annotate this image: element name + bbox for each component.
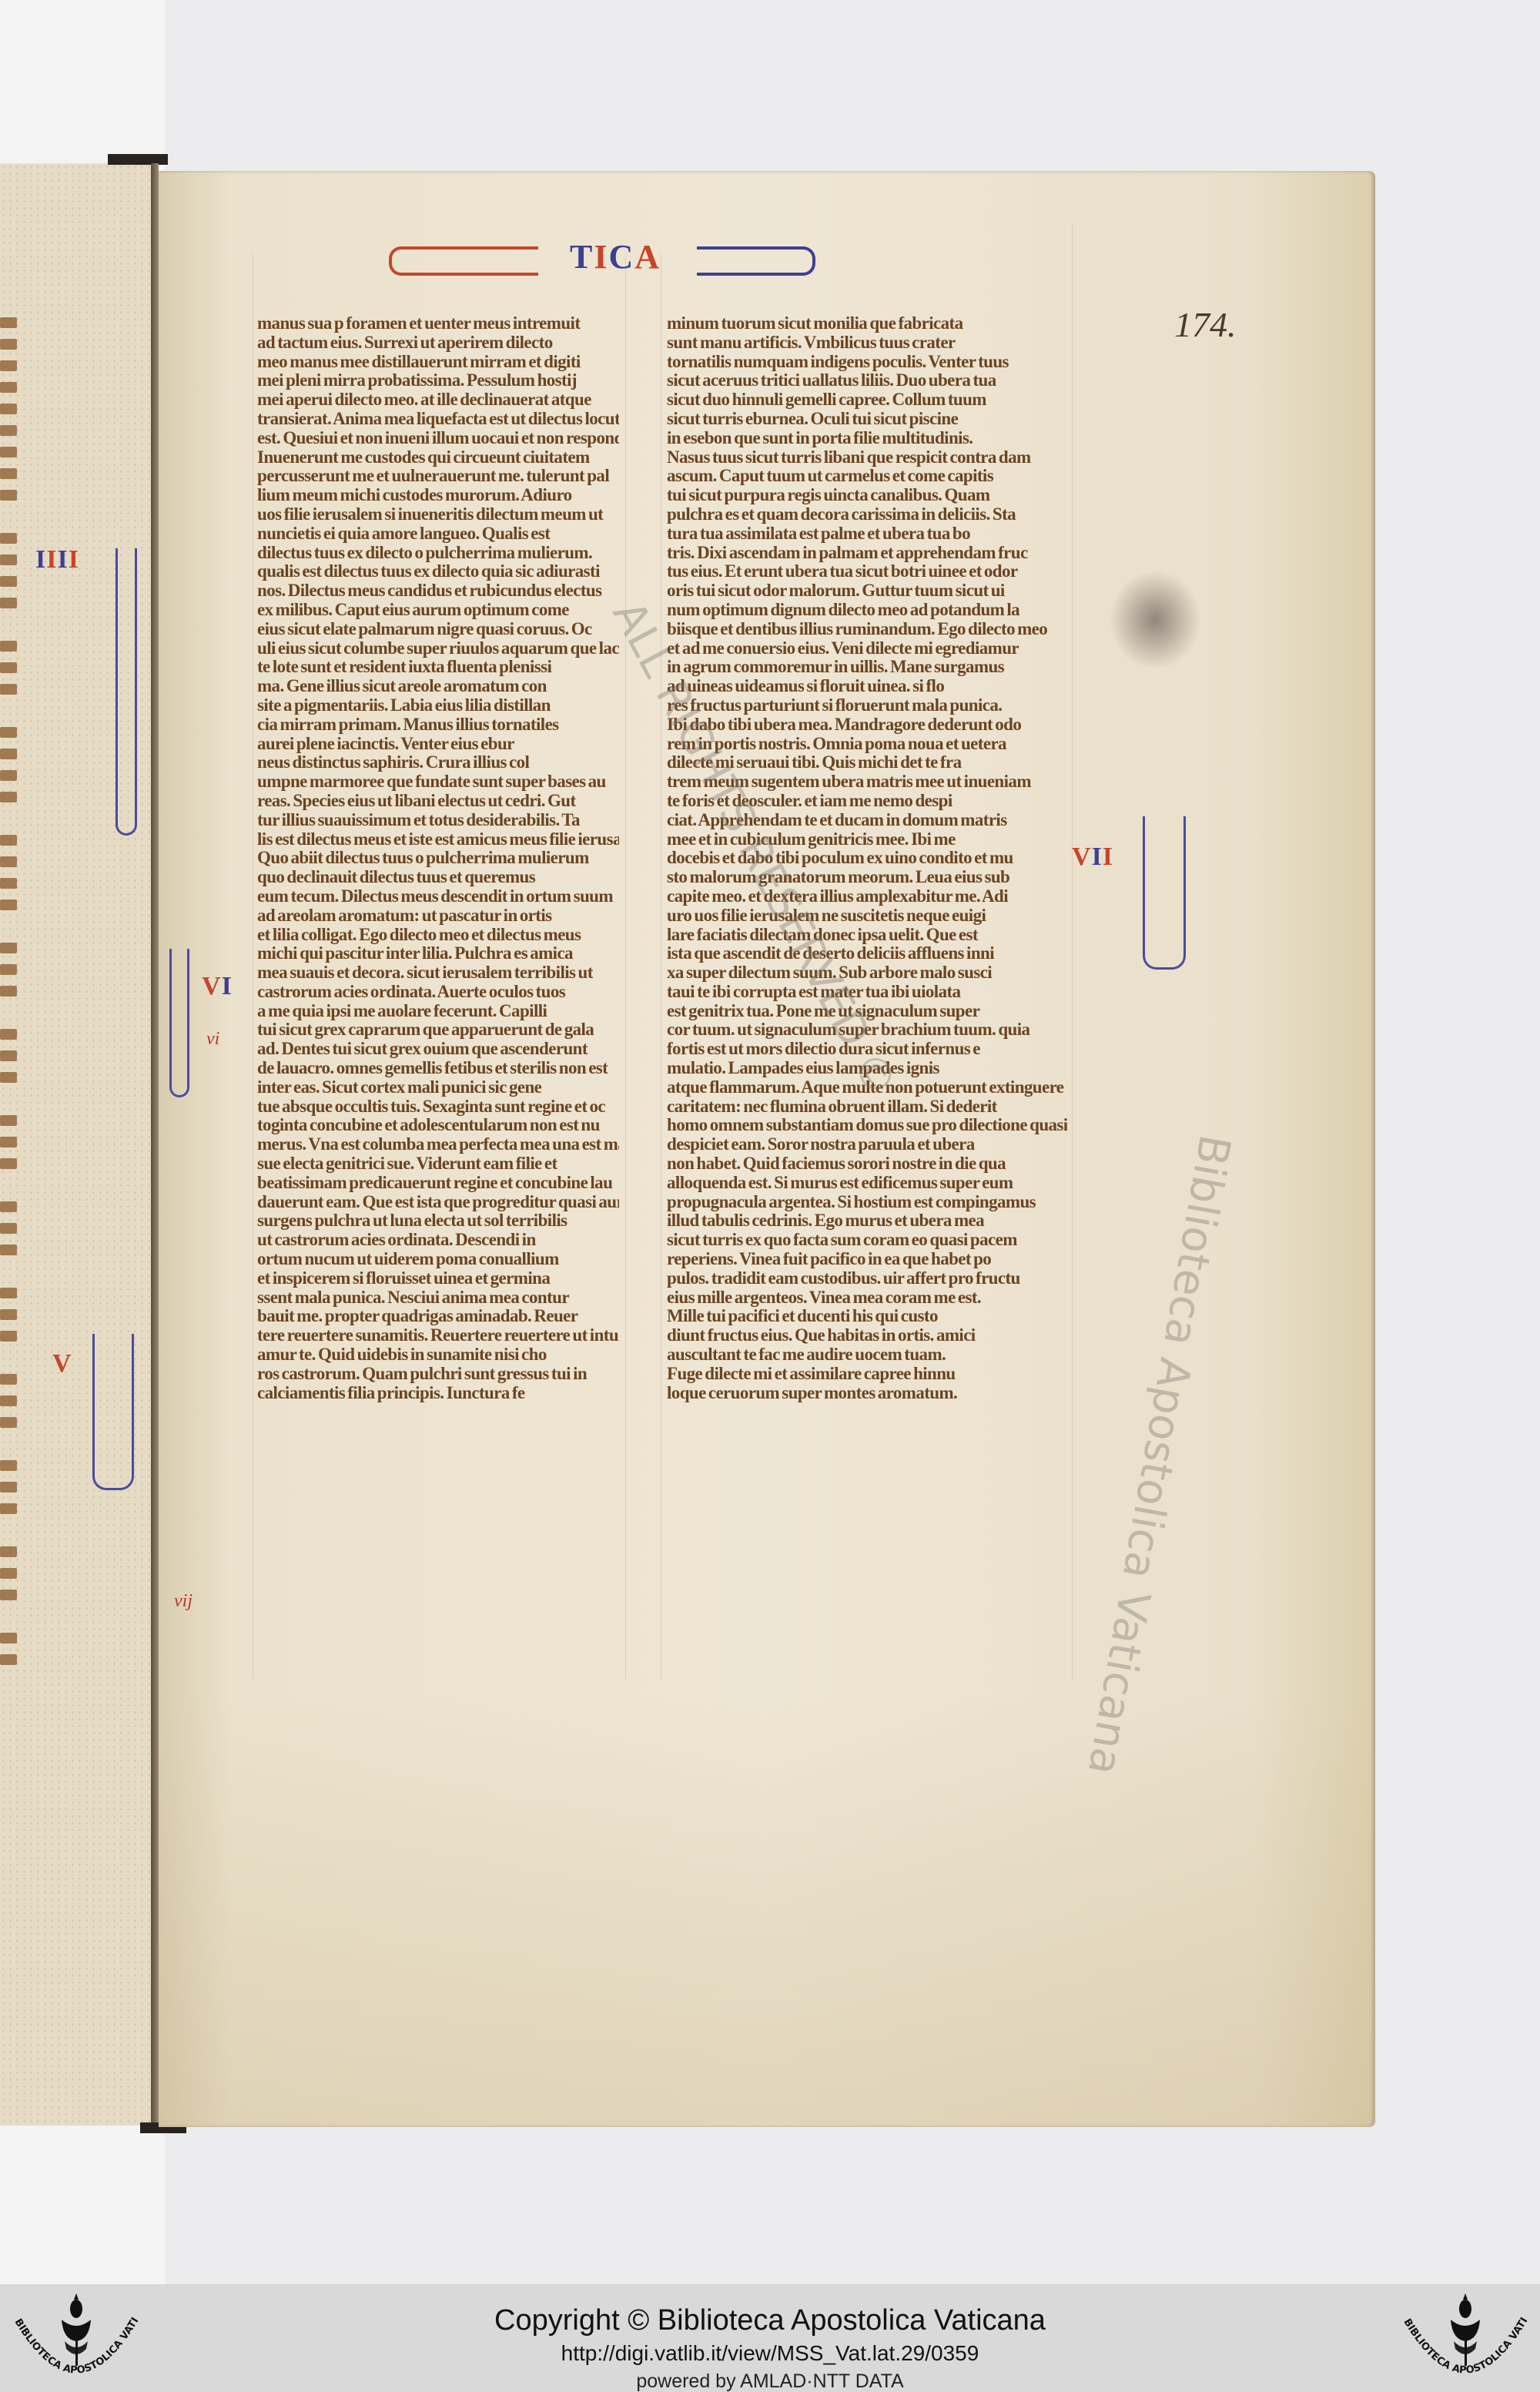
text-line: meo manus mee distillauerunt mirram et d…: [257, 353, 619, 372]
text-line: sicut aceruus tritici uallatus liliis. D…: [667, 371, 1067, 390]
text-line: oris tui sicut odor malorum. Guttur tuum…: [667, 581, 1067, 601]
chapter-number-VI: VI: [202, 972, 233, 1001]
text-line: ad tactum eius. Surrexi ut aperirem dile…: [257, 333, 619, 353]
paragraph-flourish-icon: [1143, 816, 1186, 970]
text-line: toginta concubine et adolescentularum no…: [257, 1116, 619, 1135]
text-line: nuncietis ei quia amore langueo. Qualis …: [257, 524, 619, 544]
text-line: Nasus tuus sicut turris libani que respi…: [667, 448, 1067, 467]
text-line: et ad me conuersio eius. Veni dilecte mi…: [667, 639, 1067, 658]
text-line: de lauacro. omnes gemellis fetibus et st…: [257, 1059, 619, 1078]
text-line: percusserunt me et uulnerauerunt me. tul…: [257, 467, 619, 486]
ruling-line: [1072, 223, 1073, 1679]
text-line: ad. Dentes tui sicut grex ouium que asce…: [257, 1040, 619, 1059]
text-line: uos filie ierusalem si inueneritis dilec…: [257, 505, 619, 524]
text-line: sicut duo hinnuli gemelli capree. Collum…: [667, 390, 1067, 410]
chapter-number-IIII: IIII: [35, 545, 79, 575]
verso-text-edges: [0, 163, 23, 2126]
text-line: nos. Dilectus meus candidus et rubicundu…: [257, 581, 619, 601]
text-line: Inuenerunt me custodes qui circueunt ciu…: [257, 448, 619, 467]
running-header-text: TICA: [570, 237, 661, 276]
svg-text:BIBLIOTECA APOSTOLICA VATICANA: BIBLIOTECA APOSTOLICA VATICANA: [1392, 2290, 1530, 2377]
text-line: eum tecum. Dilectus meus descendit in or…: [257, 887, 619, 906]
text-line: ex milibus. Caput eius aurum optimum com…: [257, 601, 619, 620]
copyright-text: Copyright © Biblioteca Apostolica Vatica…: [0, 2304, 1540, 2337]
text-line: Ibi dabo tibi ubera mea. Mandragore dede…: [667, 715, 1067, 735]
text-line: ad areolam aromatum: ut pascatur in orti…: [257, 906, 619, 926]
text-line: calciamentis filia principis. Iunctura f…: [257, 1384, 619, 1403]
text-line: et inspicerem si floruisset uinea et ger…: [257, 1269, 619, 1288]
ruling-line: [253, 254, 253, 1679]
text-column-right: minum tuorum sicut monilia que fabricata…: [667, 314, 1067, 1402]
text-line: Mille tui pacifici et ducenti his qui cu…: [667, 1307, 1067, 1326]
text-line: amur te. Quid uidebis in sunamite nisi c…: [257, 1345, 619, 1365]
text-line: est. Quesiui et non inueni illum uocaui …: [257, 429, 619, 448]
text-line: xa super dilectum suum. Sub arbore malo …: [667, 963, 1067, 983]
text-line: sunt manu artificis. Vmbilicus tuus crat…: [667, 333, 1067, 353]
text-column-left: manus sua p foramen et uenter meus intre…: [257, 314, 619, 1402]
text-line: pulos. tradidit eam custodibus. uir affe…: [667, 1269, 1067, 1288]
text-line: diunt fructus eius. Que habitas in ortis…: [667, 1326, 1067, 1345]
text-line: Fuge dilecte mi et assimilare capree hin…: [667, 1365, 1067, 1384]
text-line: tura tua assimilata est palme et ubera t…: [667, 524, 1067, 544]
text-line: tornatilis numquam indigens poculis. Ven…: [667, 353, 1067, 372]
text-line: ista que ascendit de deserto deliciis af…: [667, 944, 1067, 963]
text-line: docebis et dabo tibi poculum ex uino con…: [667, 849, 1067, 868]
binding-edge-top: [108, 154, 168, 165]
text-line: mei pleni mirra probatissima. Pessulum h…: [257, 371, 619, 390]
book-gutter: [151, 163, 159, 2126]
text-line: tus eius. Et erunt ubera tua sicut botri…: [667, 562, 1067, 581]
text-line: capite meo. et dextera illius amplexabit…: [667, 887, 1067, 906]
text-line: ros castrorum. Quam pulchri sunt gressus…: [257, 1365, 619, 1384]
text-line: lium meum michi custodes murorum. Adiuro: [257, 486, 619, 505]
text-line: tui sicut grex caprarum que apparuerunt …: [257, 1020, 619, 1040]
text-line: dauerunt eam. Que est ista que progredit…: [257, 1193, 619, 1212]
marginal-note-vij: vij: [174, 1591, 192, 1612]
text-line: mea suauis et decora. sicut ierusalem te…: [257, 963, 619, 983]
text-line: reperiens. Vinea fuit pacifico in ea que…: [667, 1250, 1067, 1269]
text-line: eius mille argenteos. Vinea mea coram me…: [667, 1288, 1067, 1308]
page-shading: [159, 1694, 1375, 2127]
text-line: cia mirram primam. Manus illius tornatil…: [257, 715, 619, 735]
text-line: illud tabulis cedrinis. Ego murus et ube…: [667, 1211, 1067, 1231]
text-line: dilectus tuus ex dilecto o pulcherrima m…: [257, 544, 619, 563]
text-line: castrorum acies ordinata. Auerte oculos …: [257, 983, 619, 1002]
text-line: sue electa genitrici sue. Viderunt eam f…: [257, 1154, 619, 1174]
text-line: mei aperui dilecto meo. at ille declinau…: [257, 390, 619, 410]
text-line: quo declinauit dilectus tuus et queremus: [257, 868, 619, 887]
text-line: site a pigmentariis. Labia eius lilia di…: [257, 696, 619, 715]
text-line: umpne marmoree que fundate sunt super ba…: [257, 772, 619, 792]
paragraph-flourish-icon: [169, 949, 189, 1097]
text-line: loque ceruorum super montes aromatum.: [667, 1384, 1067, 1403]
text-line: a me quia ipsi me auolare fecerunt. Capi…: [257, 1002, 619, 1021]
text-line: inter eas. Sicut cortex mali punici sic …: [257, 1078, 619, 1097]
text-line: bauit me. propter quadrigas aminadab. Re…: [257, 1307, 619, 1326]
chapter-number-V: V: [52, 1349, 72, 1379]
text-line: pulchra es et quam decora carissima in d…: [667, 505, 1067, 524]
text-line: eius sicut elate palmarum nigre quasi co…: [257, 620, 619, 639]
text-line: te lote sunt et resident iuxta fluenta p…: [257, 658, 619, 677]
seal-right: BIBLIOTECA APOSTOLICA VATICANA: [1392, 2290, 1538, 2390]
text-line: tur illius suauissimum et totus desidera…: [257, 811, 619, 830]
seal-text-ring: BIBLIOTECA APOSTOLICA VATICANA: [1392, 2290, 1538, 2390]
text-line: ortum nucum ut uiderem poma conuallium: [257, 1250, 619, 1269]
text-line: in esebon que sunt in porta filie multit…: [667, 429, 1067, 448]
red-flourish-icon: [389, 246, 538, 276]
parchment-stain: [1109, 570, 1201, 670]
text-line: lare faciatis dilectam donec ipsa uelit.…: [667, 926, 1067, 945]
text-line: qualis est dilectus tuus ex dilecto quia…: [257, 562, 619, 581]
text-line: aurei plene iacinctis. Venter eius ebur: [257, 735, 619, 754]
text-line: sto malorum granatorum meorum. Leua eius…: [667, 868, 1067, 887]
powered-by-text: powered by AMLAD·NTT DATA: [0, 2370, 1540, 2392]
text-line: reas. Species eius ut libani electus ut …: [257, 792, 619, 811]
text-line: lis est dilectus meus et iste est amicus…: [257, 830, 619, 849]
viewer-footer: BIBLIOTECA APOSTOLICA VATICANA Copyright…: [0, 2284, 1540, 2392]
text-line: ad uineas uideamus si floruit uinea. si …: [667, 677, 1067, 696]
text-line: ssent mala punica. Nesciui anima mea con…: [257, 1288, 619, 1308]
text-line: ut castrorum acies ordinata. Descendi in: [257, 1231, 619, 1250]
paragraph-flourish-icon: [115, 548, 137, 836]
text-line: sicut turris eburnea. Oculi tui sicut pi…: [667, 410, 1067, 429]
text-line: uli eius sicut columbe super riuulos aqu…: [257, 639, 619, 658]
paragraph-flourish-icon: [92, 1334, 134, 1490]
text-line: auscultant te fac me audire uocem tuam.: [667, 1345, 1067, 1365]
text-line: beatissimam predicauerunt regine et conc…: [257, 1174, 619, 1193]
text-line: transierat. Anima mea liquefacta est ut …: [257, 410, 619, 429]
text-line: manus sua p foramen et uenter meus intre…: [257, 314, 619, 333]
text-line: sicut turris ex quo facta sum coram eo q…: [667, 1231, 1067, 1250]
text-line: ma. Gene illius sicut areole aromatum co…: [257, 677, 619, 696]
text-line: ascum. Caput tuum ut carmelus et come ca…: [667, 467, 1067, 486]
text-line: minum tuorum sicut monilia que fabricata: [667, 314, 1067, 333]
text-line: tere reuertere sunamitis. Reuertere reue…: [257, 1326, 619, 1345]
text-line: in agrum commoremur in uillis. Mane surg…: [667, 658, 1067, 677]
text-line: Quo abiit dilectus tuus o pulcherrima mu…: [257, 849, 619, 868]
folio-number: 174.: [1174, 304, 1237, 345]
marginal-note-vi: vi: [206, 1029, 219, 1050]
ruling-line: [625, 254, 626, 1679]
text-line: uro uos filie ierusalem ne suscitetis ne…: [667, 906, 1067, 926]
verso-page-fragment: IIII V: [0, 163, 151, 2126]
running-header: TICA: [389, 231, 820, 293]
text-line: non habet. Quid faciemus sorori nostre i…: [667, 1154, 1067, 1174]
text-line: michi qui pascitur inter lilia. Pulchra …: [257, 944, 619, 963]
text-line: merus. Vna est columba mea perfecta mea …: [257, 1135, 619, 1154]
text-line: homo omnem substantiam domus sue pro dil…: [667, 1116, 1067, 1135]
text-line: propugnacula argentea. Si hostium est co…: [667, 1193, 1067, 1212]
text-line: tris. Dixi ascendam in palmam et apprehe…: [667, 544, 1067, 563]
text-line: biisque et dentibus illius ruminandum. E…: [667, 620, 1067, 639]
text-line: tui sicut purpura regis uincta canalibus…: [667, 486, 1067, 505]
text-line: neus distinctus saphiris. Crura illius c…: [257, 753, 619, 772]
ruling-line: [661, 254, 661, 1679]
blue-flourish-icon: [697, 246, 815, 276]
text-line: num optimum dignum dilecto meo ad potand…: [667, 601, 1067, 620]
text-line: alloquenda est. Si murus est edificemus …: [667, 1174, 1067, 1193]
text-line: despiciet eam. Soror nostra paruula et u…: [667, 1135, 1067, 1154]
text-line: taui te ibi corrupta est mater tua ibi u…: [667, 983, 1067, 1002]
text-line: et lilia colligat. Ego dilecto meo et di…: [257, 926, 619, 945]
text-line: tue absque occultis tuis. Sexaginta sunt…: [257, 1097, 619, 1117]
permalink-url[interactable]: http://digi.vatlib.it/view/MSS_Vat.lat.2…: [0, 2341, 1540, 2366]
chapter-number-VII: VII: [1072, 843, 1113, 872]
text-line: surgens pulchra ut luna electa ut sol te…: [257, 1211, 619, 1231]
text-line: res fructus parturiunt si floruerunt mal…: [667, 696, 1067, 715]
